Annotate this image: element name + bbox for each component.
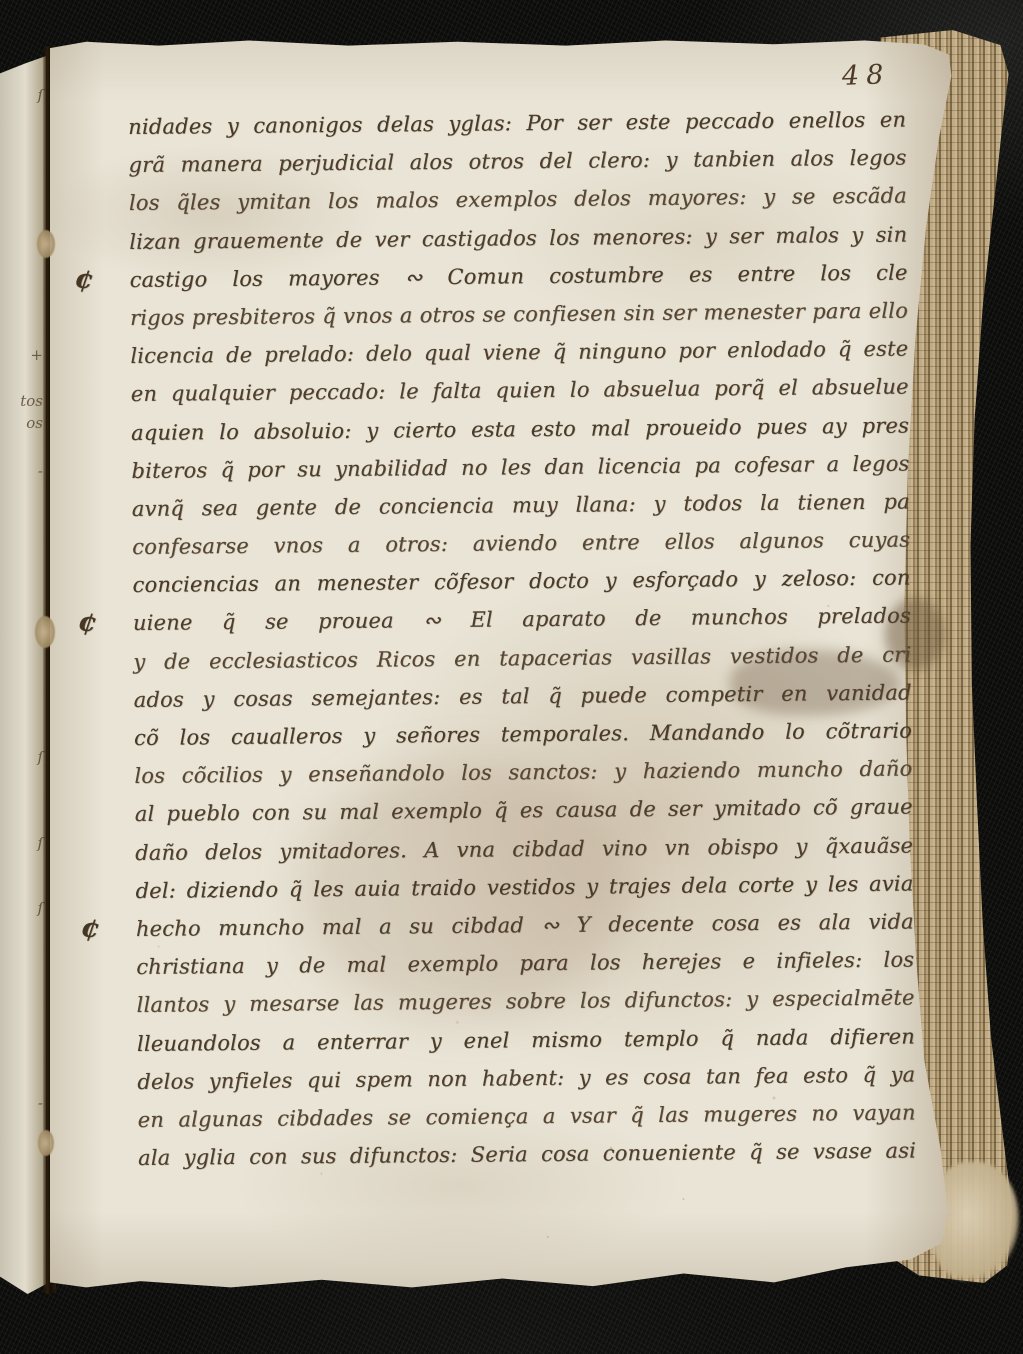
manuscript-line-text: al pueblo con su mal exemplo q̃ es causa… (135, 795, 913, 826)
binding-thread (35, 616, 55, 648)
manuscript-line-text: llantos y mesarse las mugeres sobre los … (136, 986, 914, 1017)
manuscript-line-text: aquien lo absoluio: y cierto esta esto m… (131, 413, 909, 444)
manuscript-photo-scene: ſ + tos os - ſ ſ ſ - 48 nidades y canoni… (0, 0, 1023, 1354)
manuscript-line-text: hecho muncho mal a su cibdad ∾ Y decente… (136, 909, 914, 940)
manuscript-line-text: confesarse vnos a otros: aviendo entre e… (132, 528, 910, 559)
manuscript-line-text: en qualquier peccado: le falta quien lo … (131, 375, 909, 406)
pilcrow-mark: ¢ (76, 603, 121, 646)
manuscript-line-text: lleuandolos a enterrar y enel mismo temp… (137, 1024, 915, 1055)
manuscript-line-text: del: diziendo q̃ les auia traido vestido… (135, 871, 913, 902)
binding-thread (38, 1130, 54, 1156)
manuscript-line-text: ala yglia con sus difunctos: Seria cosa … (138, 1139, 916, 1170)
pilcrow-mark: ¢ (79, 909, 124, 952)
pilcrow-mark: ¢ (72, 260, 117, 303)
manuscript-line-text: los cõcilios y enseñandolo los sanctos: … (134, 757, 912, 788)
text-block: nidades y canonigos delas yglas: Por ser… (128, 101, 916, 1178)
manuscript-line-text: y de ecclesiasticos Ricos en tapacerias … (133, 642, 911, 673)
manuscript-line-text: castigo los mayores ∾ Comun costumbre es… (130, 260, 908, 291)
binding-thread (37, 230, 55, 258)
manuscript-line-text: rigos presbiteros q̃ vnos a otros se con… (130, 298, 908, 329)
margin-fragment: tos (20, 392, 43, 410)
margin-fragment: + (30, 346, 43, 364)
manuscript-line-text: los q̃les ymitan los malos exemplos delo… (129, 184, 907, 215)
margin-fragment: os (26, 414, 43, 432)
manuscript-line-text: ados y cosas semejantes: es tal q̃ puede… (134, 680, 912, 711)
manuscript-line-text: en algunas cibdades se comiença a vsar q… (138, 1100, 916, 1131)
manuscript-line-text: nidades y canonigos delas yglas: Por ser… (128, 108, 906, 139)
manuscript-line-text: conciencias an menester cõfesor docto y … (132, 566, 910, 597)
manuscript-line-text: biteros q̃ por su ynabilidad no les dan … (131, 451, 909, 482)
manuscript-line-text: lizan grauemente de ver castigados los m… (129, 222, 907, 253)
folio-number: 48 (841, 59, 890, 92)
manuscript-line-text: daño delos ymitadores. A vna cibdad vino… (135, 833, 913, 864)
manuscript-line-text: delos ynfieles qui spem non habent: y es… (137, 1062, 915, 1093)
manuscript-line: ala yglia con sus difunctos: Seria cosa … (138, 1132, 916, 1178)
manuscript-line-text: licencia de prelado: delo qual viene q̃ … (130, 337, 908, 368)
manuscript-line-text: avnq̃ sea gente de conciencia muy llana:… (132, 489, 910, 520)
manuscript-line-text: christiana y de mal exemplo para los her… (136, 948, 914, 979)
manuscript-line-text: grã manera perjudicial alos otros del cl… (128, 146, 906, 177)
manuscript-line-text: cõ los caualleros y señores temporales. … (134, 719, 912, 750)
manuscript-line-text: uiene q̃ se prouea ∾ El aparato de munch… (133, 604, 911, 635)
